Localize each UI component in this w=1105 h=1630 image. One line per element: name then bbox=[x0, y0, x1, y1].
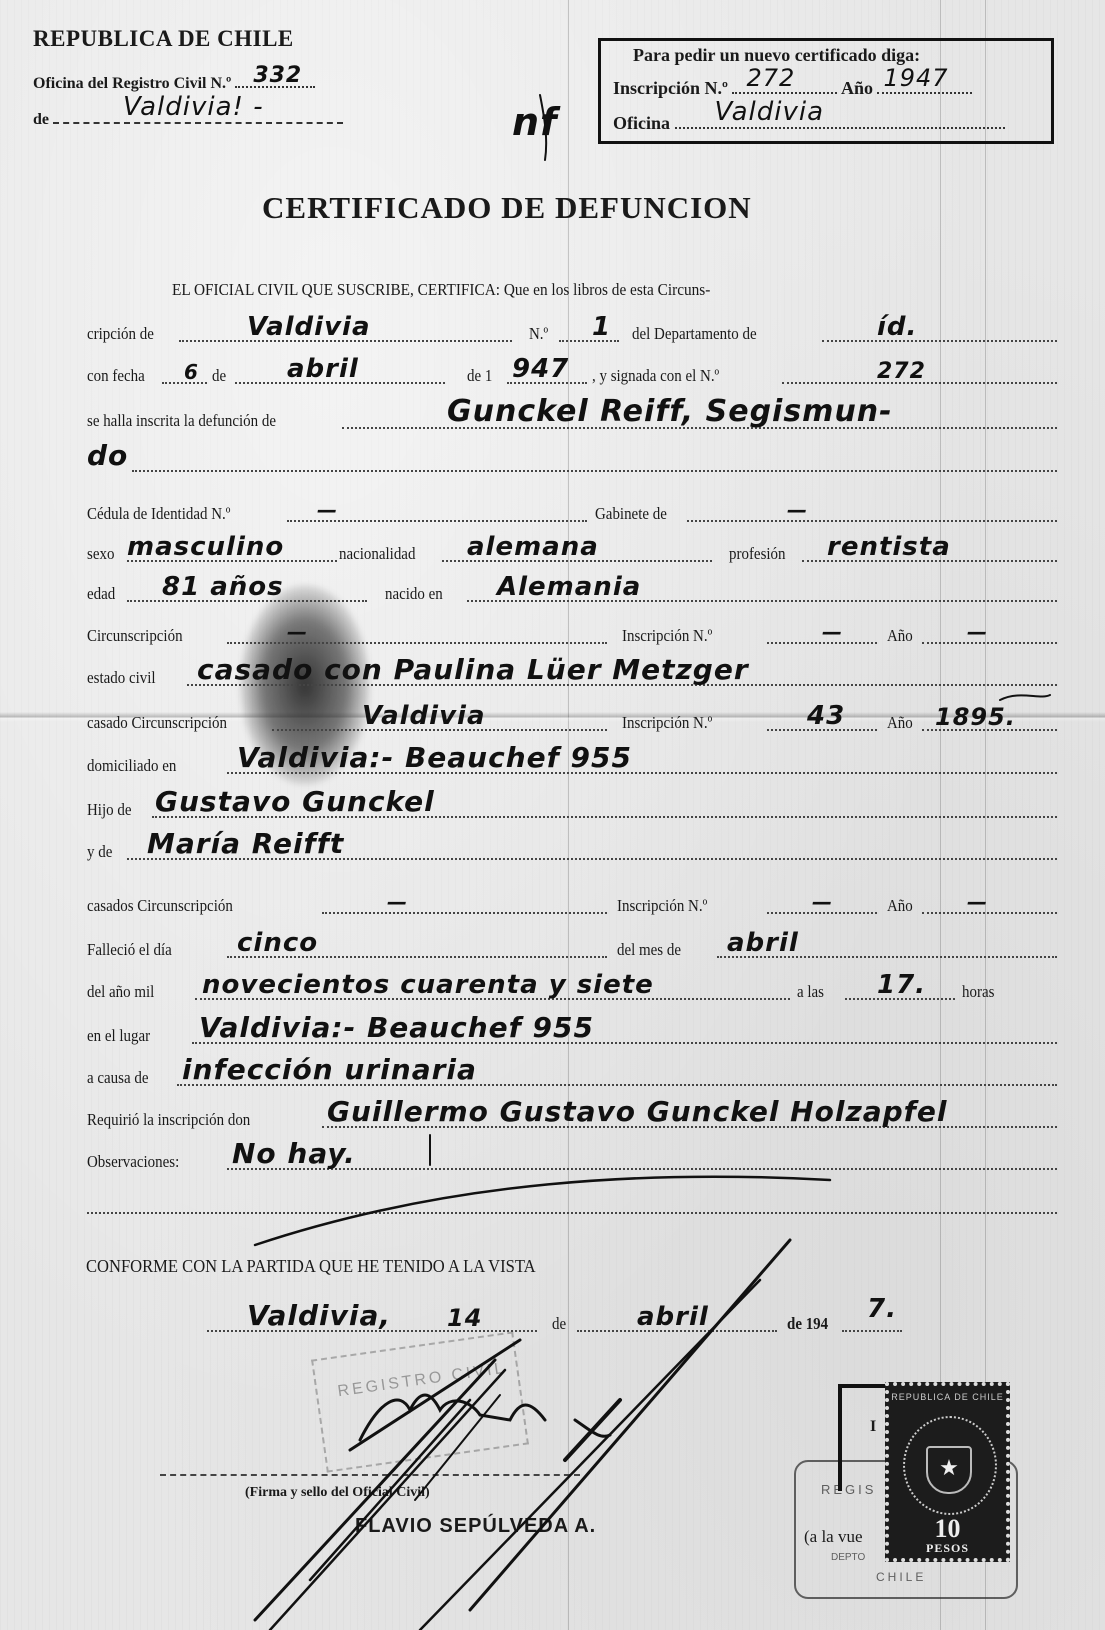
label-hora: a las bbox=[797, 982, 824, 1002]
row-lugar: en el lugar Valdivia:- Beauchef 955 bbox=[87, 1010, 1057, 1050]
row-cedula: Cédula de Identidad N.º — Gabinete de — bbox=[87, 488, 1057, 528]
official-name: FLAVIO SEPÚLVEDA A. bbox=[355, 1515, 596, 1538]
issue-year-suffix: 7. bbox=[867, 1294, 897, 1324]
value-edad: 81 años bbox=[162, 572, 284, 602]
office-label: Oficina del Registro Civil N.º bbox=[33, 75, 231, 92]
request-office-line: Oficina Valdivia bbox=[613, 113, 1005, 134]
label-casados-circ: casados Circunscripción bbox=[87, 896, 233, 916]
value-fecha-dia: 6 bbox=[184, 360, 199, 384]
value-circ-anio: — bbox=[967, 620, 988, 644]
request-year: 1947 bbox=[883, 64, 948, 92]
value-lugar: Valdivia:- Beauchef 955 bbox=[199, 1011, 594, 1044]
revenue-amount: 10 bbox=[889, 1514, 1006, 1544]
label-cedula: Cédula de Identidad N.º bbox=[87, 504, 230, 524]
signature-line bbox=[160, 1474, 580, 1476]
label-casado-anio: Año bbox=[887, 713, 913, 733]
request-office-label: Oficina bbox=[613, 113, 670, 133]
value-requirio: Guillermo Gustavo Gunckel Holzapfel bbox=[327, 1095, 947, 1128]
stamp-frame-letter: I bbox=[870, 1418, 876, 1436]
value-sexo: masculino bbox=[127, 532, 284, 562]
row-edad: edad 81 años nacido en Alemania bbox=[87, 568, 1057, 608]
row-y-de: y de María Reifft bbox=[87, 826, 1057, 866]
label-gabinete: Gabinete de bbox=[595, 504, 667, 524]
label-fecha: con fecha bbox=[87, 366, 145, 386]
label-circ: Circunscripción bbox=[87, 626, 183, 646]
row-requirio: Requirió la inscripción don Guillermo Gu… bbox=[87, 1094, 1057, 1134]
label-defuncion: se halla inscrita la defunción de bbox=[87, 411, 276, 431]
label-nacido: nacido en bbox=[385, 584, 443, 604]
office-line: Oficina del Registro Civil N.º 332 bbox=[33, 75, 315, 93]
label-fecha-de: de bbox=[212, 366, 226, 386]
value-mes: abril bbox=[727, 928, 799, 958]
request-inscription-label: Inscripción N.º bbox=[613, 78, 728, 98]
value-casado-circ: Valdivia bbox=[362, 701, 486, 731]
value-casado-anio: 1895. bbox=[935, 703, 1016, 731]
label-casado-insc: Inscripción N.º bbox=[622, 713, 712, 733]
row-hijo-de: Hijo de Gustavo Gunckel bbox=[87, 784, 1057, 824]
label-circ-anio: Año bbox=[887, 626, 913, 646]
office-city: Valdivia! - bbox=[123, 92, 264, 122]
label-signada: , y signada con el N.º bbox=[592, 366, 719, 386]
row-observaciones-cont bbox=[87, 1180, 1057, 1220]
value-estado-civil: casado con Paulina Lüer Metzger bbox=[197, 653, 749, 686]
value-y-de: María Reifft bbox=[147, 827, 344, 860]
issue-de-label: de bbox=[552, 1314, 566, 1334]
issue-place: Valdivia, bbox=[247, 1299, 391, 1332]
label-fallecio: Falleció el día bbox=[87, 940, 172, 960]
request-year-label: Año bbox=[841, 78, 873, 98]
star-shield-icon: ★ bbox=[926, 1446, 972, 1494]
label-circunscripcion: cripción de bbox=[87, 324, 154, 344]
office-number: 332 bbox=[253, 63, 302, 88]
value-casados-insc: — bbox=[812, 890, 833, 914]
label-edad: edad bbox=[87, 584, 115, 604]
row-defuncion-cont: do bbox=[87, 438, 1057, 478]
conforme-statement: CONFORME CON LA PARTIDA QUE HE TENIDO A … bbox=[86, 1256, 536, 1277]
label-numero: N.º bbox=[529, 324, 548, 344]
document-title: CERTIFICADO DE DEFUNCION bbox=[262, 190, 752, 226]
row-fallecio: Falleció el día cinco del mes de abril bbox=[87, 924, 1057, 964]
request-inscription-line: Inscripción N.º 272 Año 1947 bbox=[613, 78, 972, 99]
issue-day: 14 bbox=[447, 1304, 482, 1332]
row-defuncion: se halla inscrita la defunción de Guncke… bbox=[87, 395, 1057, 435]
row-causa: a causa de infección urinaria bbox=[87, 1052, 1057, 1092]
request-inscription-number: 272 bbox=[746, 64, 795, 92]
label-circ-insc: Inscripción N.º bbox=[622, 626, 712, 646]
signature-caption: (Firma y sello del Oficial Civil) bbox=[245, 1485, 430, 1501]
value-causa: infección urinaria bbox=[182, 1053, 477, 1086]
row-casado-circ: casado Circunscripción Valdivia Inscripc… bbox=[87, 697, 1057, 737]
value-nacido: Alemania bbox=[497, 572, 641, 602]
label-sexo: sexo bbox=[87, 544, 114, 564]
row-domicilio: domiciliado en Valdivia:- Beauchef 955 bbox=[87, 740, 1057, 780]
value-numero: 1 bbox=[592, 312, 611, 342]
value-fallecio: cinco bbox=[237, 928, 318, 958]
row-casados-circ: casados Circunscripción — Inscripción N.… bbox=[87, 880, 1057, 920]
issue-year-label: de 194 bbox=[787, 1314, 828, 1334]
label-y-de: y de bbox=[87, 842, 112, 862]
office-city-label: de bbox=[33, 111, 49, 128]
request-office: Valdivia bbox=[715, 97, 825, 127]
value-casado-insc: 43 bbox=[807, 701, 845, 731]
issue-month: abril bbox=[637, 1302, 709, 1332]
certification-intro: EL OFICIAL CIVIL QUE SUSCRIBE, CERTIFICA… bbox=[172, 280, 710, 300]
row-circunscripcion: cripción de Valdivia N.º 1 del Departame… bbox=[87, 308, 1057, 348]
label-causa: a causa de bbox=[87, 1068, 148, 1088]
label-hijo-de: Hijo de bbox=[87, 800, 131, 820]
label-departamento: del Departamento de bbox=[632, 324, 757, 344]
value-anio: novecientos cuarenta y siete bbox=[202, 970, 654, 1000]
row-issue-date: Valdivia, 14 de abril de 194 7. bbox=[87, 1298, 1057, 1338]
value-fecha-anio: 947 bbox=[512, 354, 569, 384]
label-observaciones: Observaciones: bbox=[87, 1152, 179, 1172]
revenue-unit: PESOS bbox=[889, 1541, 1006, 1556]
row-sexo: sexo masculino nacionalidad alemana prof… bbox=[87, 528, 1057, 568]
value-fecha-mes: abril bbox=[287, 354, 359, 384]
value-casados-anio: — bbox=[967, 890, 988, 914]
value-casados-circ: — bbox=[387, 890, 408, 914]
country-heading: REPUBLICA DE CHILE bbox=[33, 26, 294, 52]
value-signada: 272 bbox=[877, 359, 926, 384]
registry-stamp-text: REGISTRO CIVIL bbox=[337, 1360, 508, 1401]
row-fecha: con fecha 6 de abril de 1 947 , y signad… bbox=[87, 350, 1057, 390]
value-hora: 17. bbox=[877, 970, 926, 1000]
label-requirio: Requirió la inscripción don bbox=[87, 1110, 250, 1130]
label-mes: del mes de bbox=[617, 940, 681, 960]
seal-chile-text: CHILE bbox=[876, 1570, 926, 1584]
row-estado-civil: estado civil casado con Paulina Lüer Met… bbox=[87, 652, 1057, 692]
label-domicilio: domiciliado en bbox=[87, 756, 176, 776]
label-casado-circ: casado Circunscripción bbox=[87, 713, 227, 733]
label-horas: horas bbox=[962, 982, 994, 1002]
label-lugar: en el lugar bbox=[87, 1026, 150, 1046]
value-gabinete: — bbox=[787, 498, 808, 522]
value-domicilio: Valdivia:- Beauchef 955 bbox=[237, 741, 632, 774]
value-defuncion-nombre: Gunckel Reiff, Segismun- bbox=[447, 394, 893, 429]
label-casados-anio: Año bbox=[887, 896, 913, 916]
value-departamento: íd. bbox=[877, 312, 917, 342]
request-heading: Para pedir un nuevo certificado diga: bbox=[633, 45, 920, 66]
value-observaciones: No hay. bbox=[232, 1137, 356, 1170]
value-circ-insc: — bbox=[822, 620, 843, 644]
row-anio: del año mil novecientos cuarenta y siete… bbox=[87, 966, 1057, 1006]
label-anio: del año mil bbox=[87, 982, 154, 1002]
value-hijo-de: Gustavo Gunckel bbox=[155, 785, 435, 818]
stamp-frame: I bbox=[838, 1384, 887, 1491]
value-circ: — bbox=[287, 620, 308, 644]
value-defuncion-nombre-cont: do bbox=[87, 439, 128, 472]
value-cedula: — bbox=[317, 498, 338, 522]
clerk-initials: nf bbox=[512, 100, 558, 144]
office-city-line: de Valdivia! - bbox=[33, 111, 343, 129]
seal-vue-text: (a la vue bbox=[804, 1527, 863, 1547]
request-box: Para pedir un nuevo certificado diga: In… bbox=[598, 38, 1054, 144]
label-profesion: profesión bbox=[729, 544, 786, 564]
label-nacionalidad: nacionalidad bbox=[339, 544, 415, 564]
value-profesion: rentista bbox=[827, 532, 951, 562]
label-fecha-anio: de 1 bbox=[467, 366, 492, 386]
row-circ-nacimiento: Circunscripción — Inscripción N.º — Año … bbox=[87, 610, 1057, 650]
revenue-stamp-heading: REPUBLICA DE CHILE bbox=[889, 1392, 1006, 1402]
row-observaciones: Observaciones: No hay. bbox=[87, 1136, 1057, 1176]
label-estado-civil: estado civil bbox=[87, 668, 156, 688]
seal-depto-text: DEPTO bbox=[831, 1552, 865, 1563]
value-circunscripcion: Valdivia bbox=[247, 312, 371, 342]
value-nacionalidad: alemana bbox=[467, 532, 599, 562]
label-casados-insc: Inscripción N.º bbox=[617, 896, 707, 916]
revenue-stamp: REPUBLICA DE CHILE ★ 10 PESOS bbox=[885, 1382, 1010, 1562]
